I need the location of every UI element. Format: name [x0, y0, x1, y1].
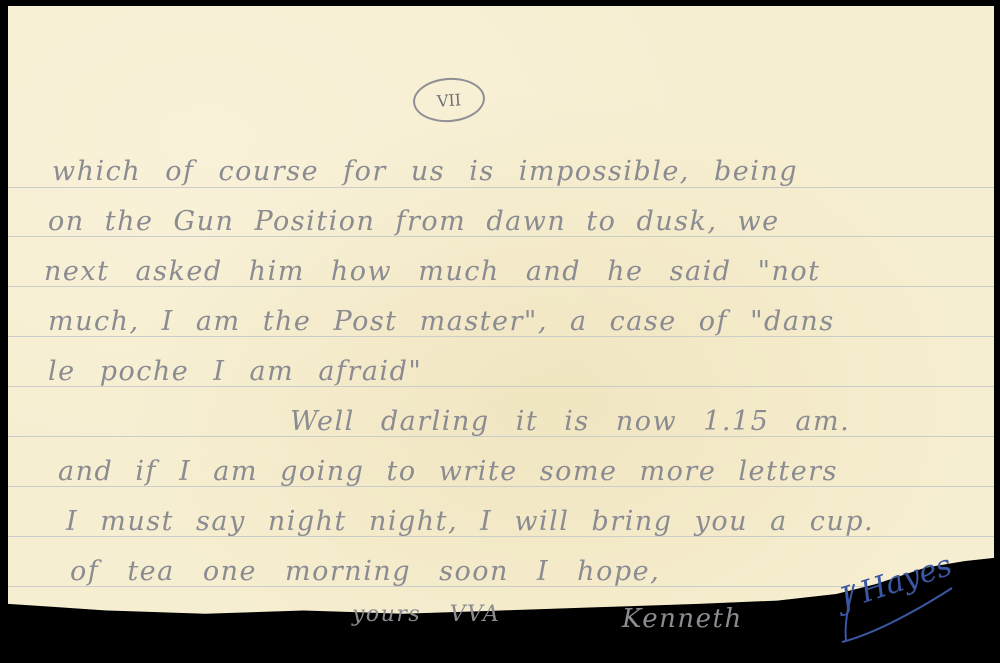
letter-line-9: of tea one morning soon I hope,: [70, 558, 660, 585]
letter-line-8: I must say night night, I will bring you…: [66, 508, 874, 535]
ruled-line: [8, 187, 994, 188]
letter-line-4: much, I am the Post master", a case of "…: [48, 308, 835, 335]
letter-line-5: le poche I am afraid": [48, 358, 422, 385]
page-number: VII: [436, 90, 461, 111]
letter-line-1: which of course for us is impossible, be…: [52, 158, 798, 185]
signer-name: Kenneth: [622, 606, 743, 632]
signature-flourish-icon: [840, 580, 960, 650]
valediction-text: yours VVA: [352, 604, 500, 626]
letter-line-7: and if I am going to write some more let…: [58, 458, 838, 485]
letter-line-2: on the Gun Position from dawn to dusk, w…: [48, 208, 780, 235]
letter-line-3: next asked him how much and he said "not: [44, 258, 821, 285]
letter-line-6: Well darling it is now 1.15 am.: [290, 408, 850, 435]
